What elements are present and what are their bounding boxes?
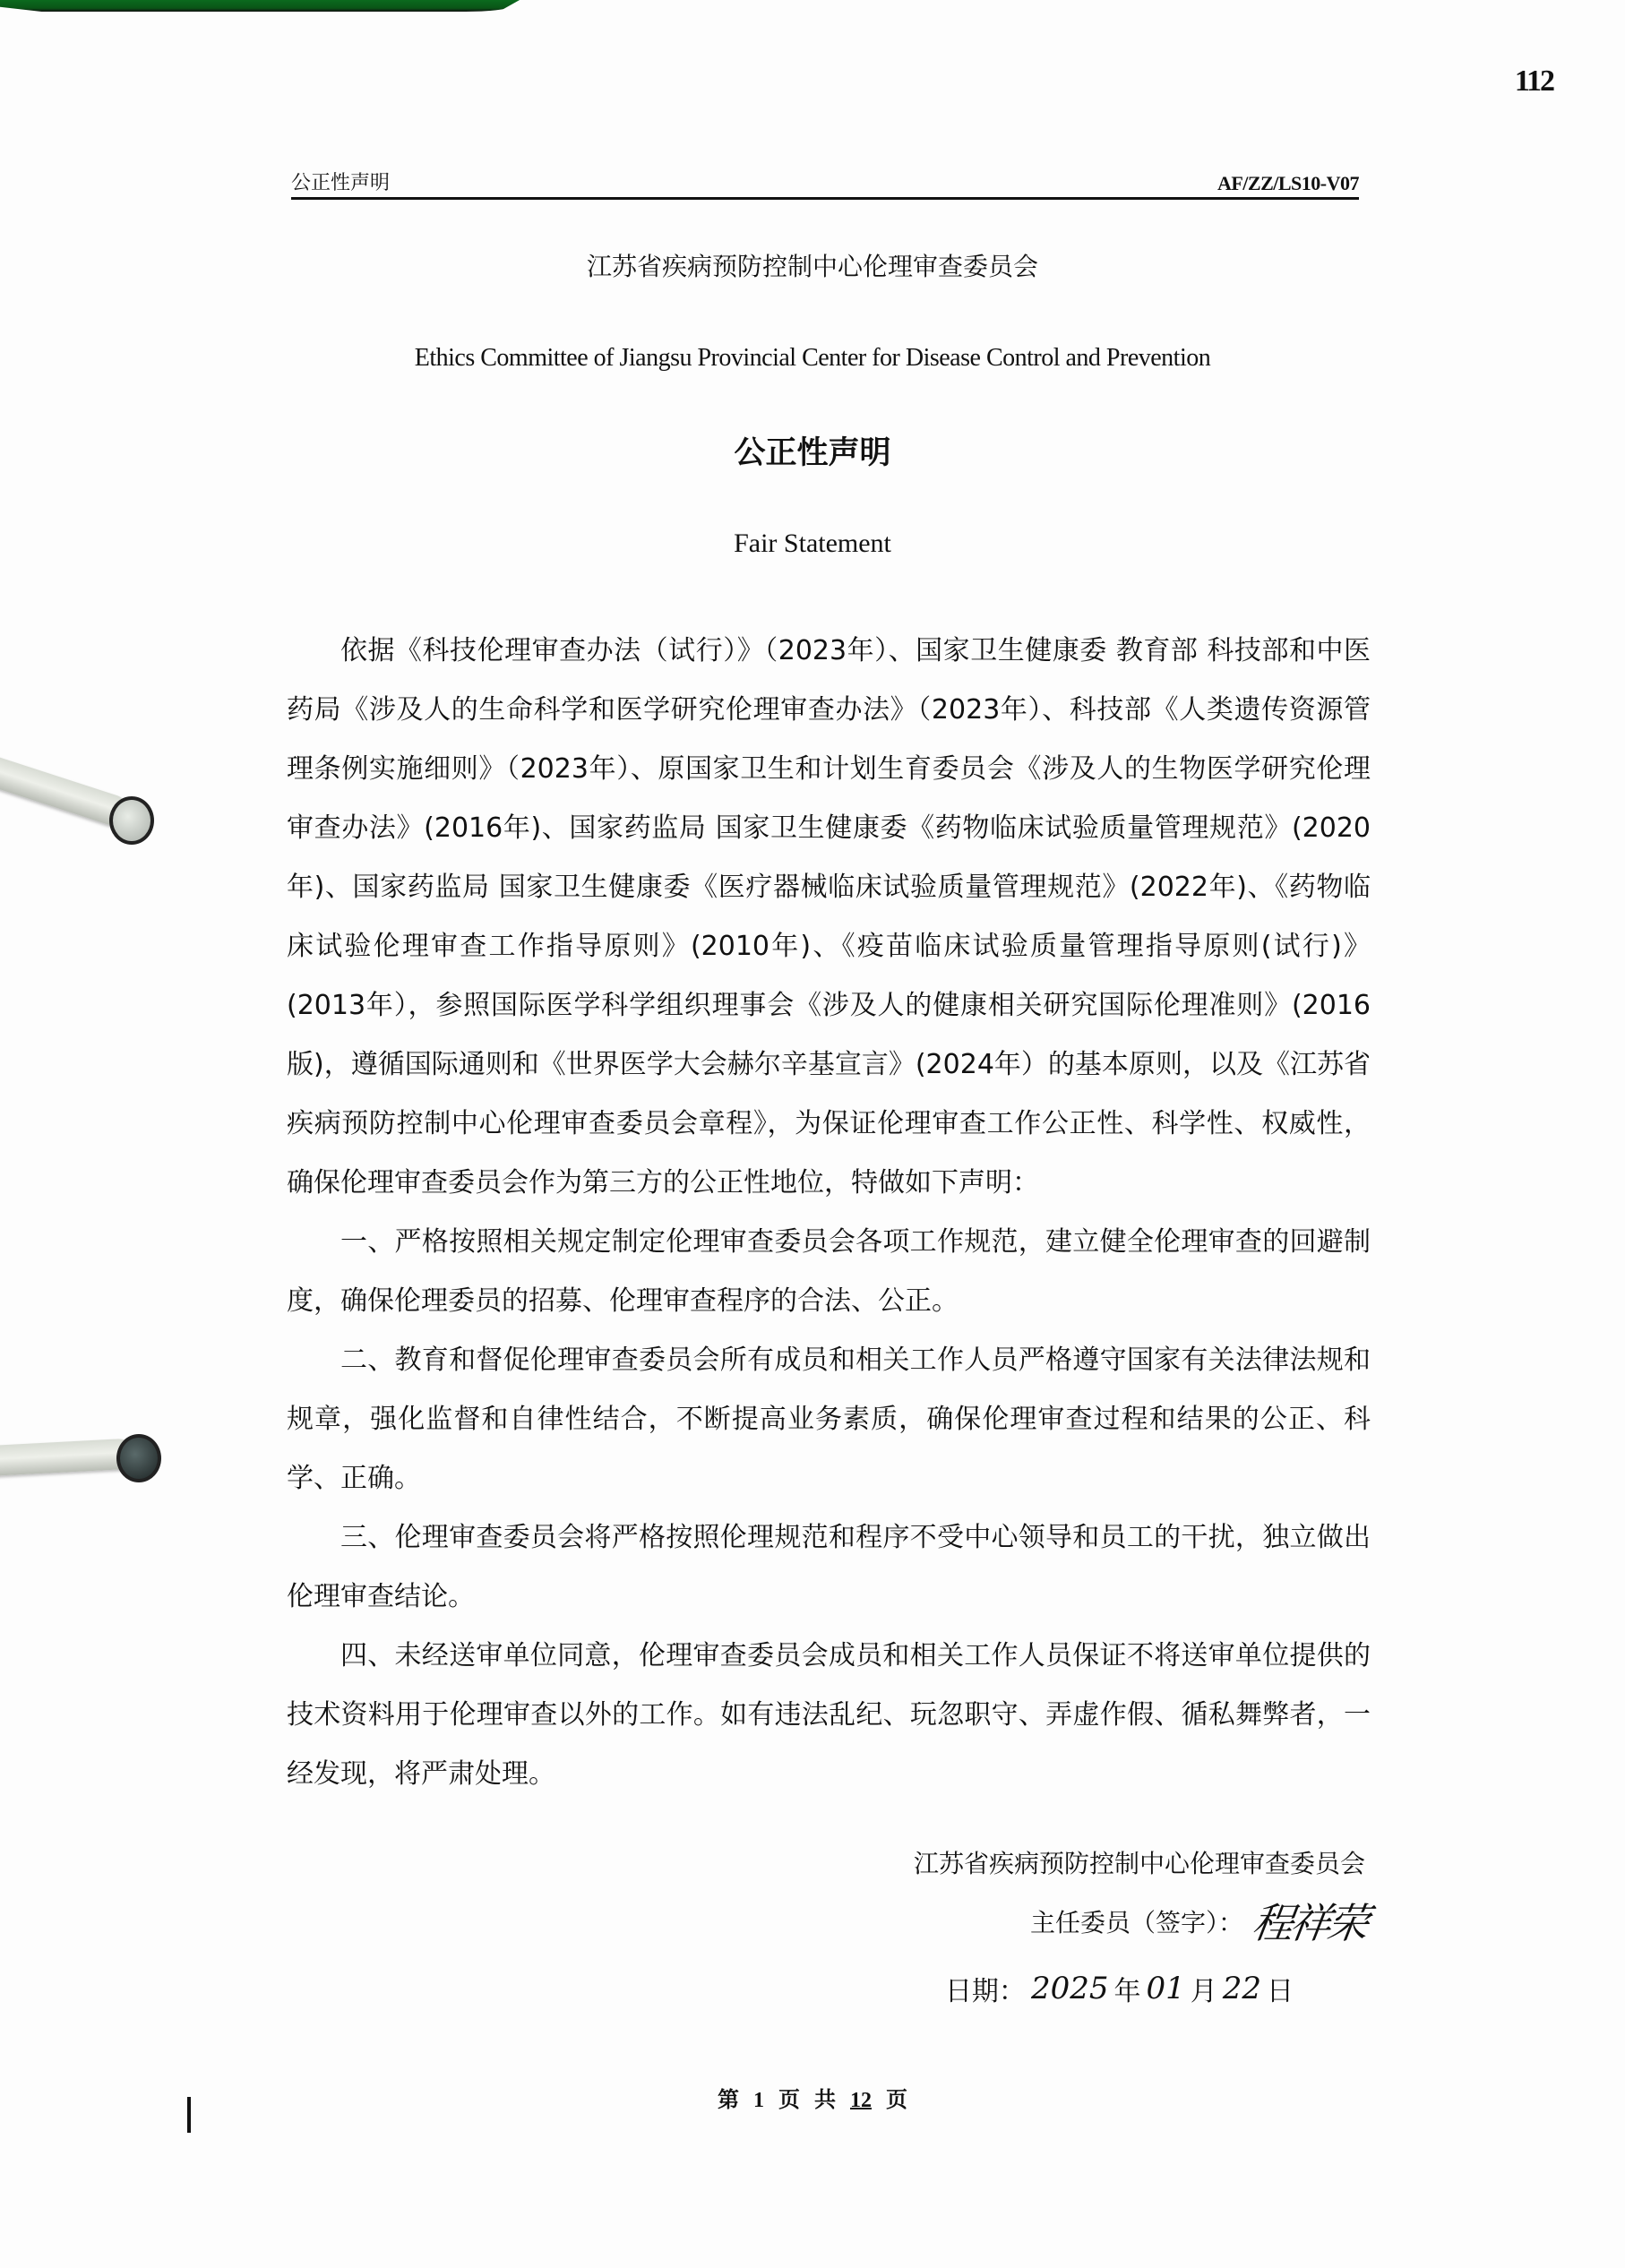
date-label: 日期： (945, 1969, 1026, 2008)
margin-mark (187, 2097, 191, 2133)
organization-name-cn: 江苏省疾病预防控制中心伦理审查委员会 (0, 247, 1625, 283)
clause-3: 三、伦理审查委员会将严格按照伦理规范和程序不受中心领导和员工的干扰，独立做出伦理… (287, 1508, 1371, 1627)
organization-name-en: Ethics Committee of Jiangsu Provincial C… (0, 344, 1625, 373)
total-pages: 12 (850, 2089, 872, 2112)
document-header: 公正性声明 AF/ZZ/LS10-V07 (291, 161, 1359, 200)
clause-2: 二、教育和督促伦理审查委员会所有成员和相关工作人员严格遵守国家有关法律法规和规章… (287, 1331, 1371, 1508)
current-page: 1 (753, 2089, 764, 2112)
date-month-unit: 月 (1191, 1969, 1217, 2008)
date-year-unit: 年 (1113, 1969, 1140, 2008)
date-day: 22 (1223, 1971, 1261, 2006)
handwritten-signature: 程祥荣 (1249, 1898, 1369, 1948)
clause-4: 四、未经送审单位同意，伦理审查委员会成员和相关工作人员保证不将送审单位提供的技术… (287, 1627, 1371, 1804)
signing-organization: 江苏省疾病预防控制中心伦理审查委员会 (914, 1834, 1365, 1894)
document-title-cn: 公正性声明 (0, 428, 1625, 473)
signer-row: 主任委员（签字）： 程祥荣 (914, 1894, 1365, 1953)
page-footer: 第 1 页 共 12 页 (0, 2082, 1625, 2113)
page-stamp-number: 112 (1515, 64, 1553, 99)
signer-label: 主任委员（签字）： (1030, 1898, 1243, 1948)
header-label: 公正性声明 (291, 168, 390, 197)
date-month: 01 (1146, 1971, 1184, 2006)
intro-paragraph: 依据《科技伦理审查办法（试行）》（2023年）、国家卫生健康委 教育部 科技部和… (287, 622, 1371, 1213)
date-year: 2025 (1031, 1971, 1109, 2006)
punch-hole-bottom (116, 1434, 161, 1482)
document-code: AF/ZZ/LS10-V07 (1217, 172, 1359, 197)
clause-1: 一、严格按照相关规定制定伦理审查委员会各项工作规范，建立健全伦理审查的回避制度，… (287, 1213, 1371, 1331)
binder-cover-edge (0, 0, 520, 12)
document-title-en: Fair Statement (0, 528, 1625, 559)
signature-block: 江苏省疾病预防控制中心伦理审查委员会 主任委员（签字）： 程祥荣 (914, 1834, 1365, 1953)
binder-ring-bottom (0, 1439, 135, 1477)
statement-body: 依据《科技伦理审查办法（试行）》（2023年）、国家卫生健康委 教育部 科技部和… (287, 622, 1371, 1804)
punch-hole-top (109, 796, 154, 845)
date-day-unit: 日 (1267, 1969, 1294, 2008)
date-row: 日期： 2025 年 01 月 22 日 (945, 1969, 1294, 2008)
